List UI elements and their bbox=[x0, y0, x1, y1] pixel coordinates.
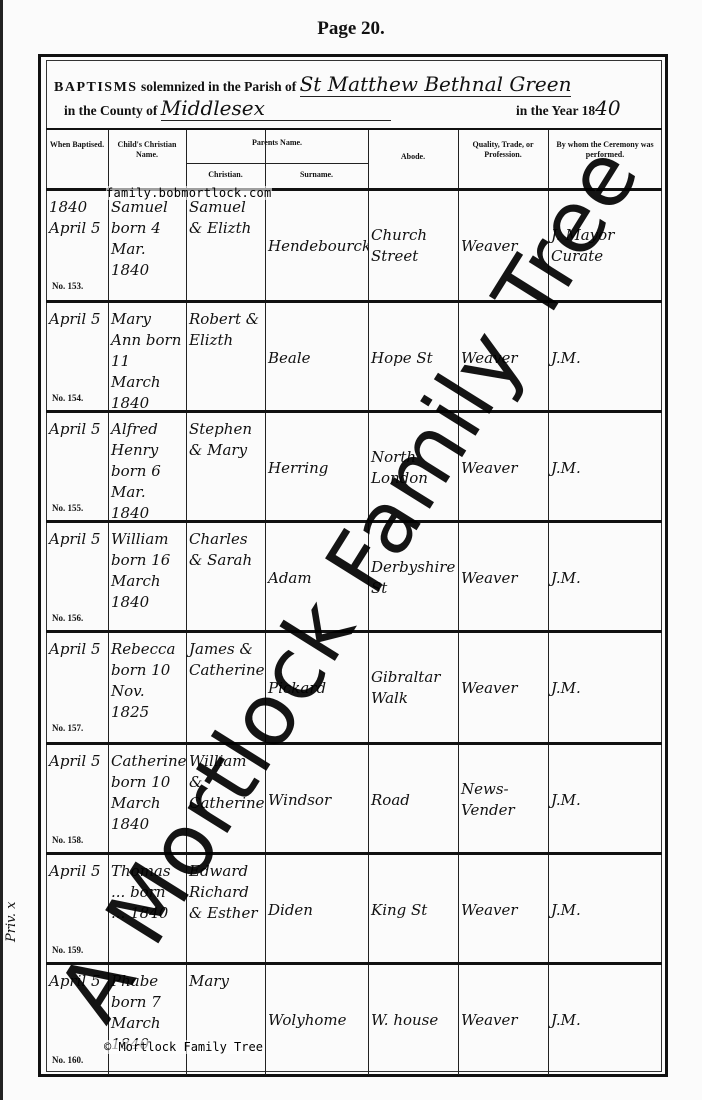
parents-divider bbox=[186, 163, 368, 164]
cell-child: William born 16 March 1840 bbox=[108, 523, 186, 633]
header-by-whom: By whom the Ceremony was performed. bbox=[548, 140, 662, 160]
cell-surname: Pickard bbox=[265, 633, 368, 743]
cell-parents-christian: Charles & Sarah bbox=[186, 523, 265, 633]
cell-abode: Derbyshire St bbox=[368, 523, 458, 633]
margin-annotation: Priv. x bbox=[4, 862, 30, 942]
page-title: Page 20. bbox=[0, 18, 702, 40]
cell-child: Samuel born 4 Mar. 1840 bbox=[108, 191, 186, 301]
table-row: 1840 April 5 No. 153. Samuel born 4 Mar.… bbox=[46, 191, 662, 301]
header-parents-surname: Surname. bbox=[265, 170, 368, 180]
cell-trade: Weaver bbox=[458, 523, 548, 633]
cell-child: Thomas ... born ... 1840 bbox=[108, 855, 186, 965]
cell-officiant: J.M. bbox=[548, 745, 662, 855]
cell-parents-christian: Edward Richard & Esther bbox=[186, 855, 265, 965]
table-row: April 5 No. 155. Alfred Henry born 6 Mar… bbox=[46, 413, 662, 523]
heading-county-label: in the County of bbox=[64, 103, 157, 118]
cell-parents-christian: James & Catherine bbox=[186, 633, 265, 743]
cell-child: Mary Ann born 11 March 1840 bbox=[108, 303, 186, 413]
header-quality-trade: Quality, Trade, or Profession. bbox=[458, 140, 548, 160]
entry-number: No. 155. bbox=[52, 503, 83, 513]
entry-number: No. 158. bbox=[52, 835, 83, 845]
cell-trade: Weaver bbox=[458, 855, 548, 965]
cell-child: Rebecca born 10 Nov. 1825 bbox=[108, 633, 186, 743]
table-row: April 5 No. 154. Mary Ann born 11 March … bbox=[46, 303, 662, 413]
cell-parents-christian: William & Catherine bbox=[186, 745, 265, 855]
entry-number: No. 159. bbox=[52, 945, 83, 955]
cell-child: Phabe born 7 March 1840 bbox=[108, 965, 186, 1075]
cell-officiant: J.M. bbox=[548, 633, 662, 743]
cell-trade: Weaver bbox=[458, 191, 548, 301]
cell-trade: Weaver bbox=[458, 413, 548, 523]
header-child-name: Child's Christian Name. bbox=[108, 140, 186, 160]
heading-line-2: in the County of Middlesex bbox=[64, 96, 391, 121]
cell-abode: Gibraltar Walk bbox=[368, 633, 458, 743]
url-watermark: family.bobmortlock.com bbox=[106, 186, 272, 200]
scan-edge bbox=[0, 0, 3, 1100]
cell-parents-christian: Mary bbox=[186, 965, 265, 1075]
cell-surname: Beale bbox=[265, 303, 368, 413]
cell-trade: Weaver bbox=[458, 303, 548, 413]
cell-officiant: J.M. bbox=[548, 413, 662, 523]
cell-parents-christian: Stephen & Mary bbox=[186, 413, 265, 523]
cell-surname: Windsor bbox=[265, 745, 368, 855]
copyright-watermark: © Mortlock Family Tree bbox=[104, 1040, 263, 1054]
heading-line-1: BAPTISMS solemnized in the Parish of St … bbox=[54, 72, 571, 97]
table-row: April 5 No. 159. Thomas ... born ... 184… bbox=[46, 855, 662, 965]
cell-child: Alfred Henry born 6 Mar. 1840 bbox=[108, 413, 186, 523]
entry-number: No. 153. bbox=[52, 281, 83, 291]
header-parents-name: Parents Name. bbox=[186, 138, 368, 148]
cell-trade: Weaver bbox=[458, 965, 548, 1075]
register-heading: BAPTISMS solemnized in the Parish of St … bbox=[54, 66, 664, 128]
entry-number: No. 160. bbox=[52, 1055, 83, 1065]
parish-name: St Matthew Bethnal Green bbox=[300, 72, 572, 97]
cell-surname: Diden bbox=[265, 855, 368, 965]
year-suffix: 40 bbox=[595, 96, 620, 120]
heading-parish-label: solemnized in the Parish of bbox=[141, 79, 296, 94]
table-row: April 5 No. 158. Catherine born 10 March… bbox=[46, 745, 662, 855]
header-parents-christian: Christian. bbox=[186, 170, 265, 180]
heading-year: in the Year 1840 bbox=[516, 96, 621, 120]
cell-parents-christian: Samuel & Elizth bbox=[186, 191, 265, 301]
table-row: April 5 No. 157. Rebecca born 10 Nov. 18… bbox=[46, 633, 662, 743]
cell-abode: North London bbox=[368, 413, 458, 523]
cell-officiant: J.M. bbox=[548, 303, 662, 413]
entry-number: No. 154. bbox=[52, 393, 83, 403]
cell-abode: Road bbox=[368, 745, 458, 855]
entry-number: No. 156. bbox=[52, 613, 83, 623]
heading-prefix: BAPTISMS bbox=[54, 80, 138, 95]
cell-abode: King St bbox=[368, 855, 458, 965]
entry-number: No. 157. bbox=[52, 723, 83, 733]
table-row: April 5 No. 156. William born 16 March 1… bbox=[46, 523, 662, 633]
cell-surname: Wolyhome bbox=[265, 965, 368, 1075]
cell-surname: Adam bbox=[265, 523, 368, 633]
cell-surname: Herring bbox=[265, 413, 368, 523]
heading-year-label: in the Year 18 bbox=[516, 103, 595, 118]
cell-officiant: J. Mayor Curate bbox=[548, 191, 662, 301]
cell-trade: News-Vender bbox=[458, 745, 548, 855]
cell-trade: Weaver bbox=[458, 633, 548, 743]
header-when-baptised: When Baptised. bbox=[46, 140, 108, 150]
cell-officiant: J.M. bbox=[548, 523, 662, 633]
cell-parents-christian: Robert & Elizth bbox=[186, 303, 265, 413]
cell-abode: W. house bbox=[368, 965, 458, 1075]
cell-child: Catherine born 10 March 1840 bbox=[108, 745, 186, 855]
header-abode: Abode. bbox=[368, 152, 458, 162]
cell-officiant: J.M. bbox=[548, 855, 662, 965]
cell-abode: Hope St bbox=[368, 303, 458, 413]
cell-abode: Church Street bbox=[368, 191, 458, 301]
county-name: Middlesex bbox=[161, 96, 391, 121]
table-row: April 5 No. 160. Phabe born 7 March 1840… bbox=[46, 965, 662, 1075]
cell-officiant: J.M. bbox=[548, 965, 662, 1075]
baptism-table: When Baptised. Child's Christian Name. P… bbox=[46, 130, 662, 1075]
cell-surname: Hendebourck bbox=[265, 191, 368, 301]
